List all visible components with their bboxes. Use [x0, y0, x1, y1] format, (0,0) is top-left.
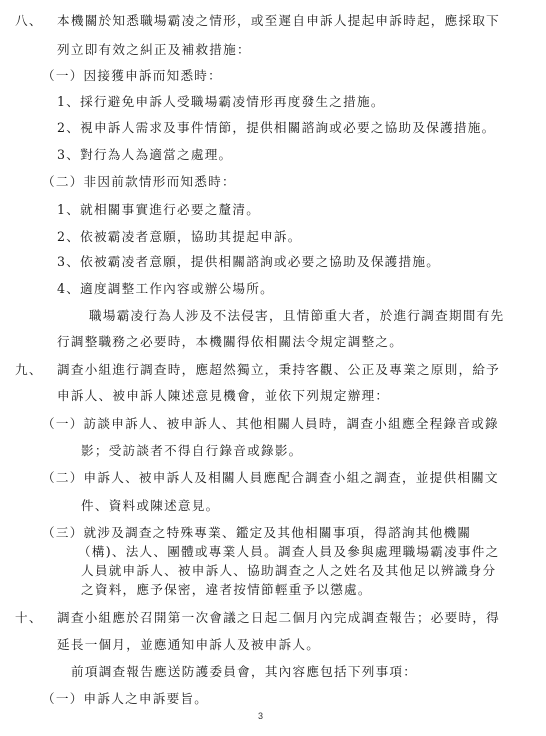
text-line: 影；受訪談者不得自行錄音或錄影。 — [81, 443, 303, 459]
text-line: （二）非因前款情形而知悉時： — [42, 174, 236, 190]
text-line: 2、視申訴人需求及事件情節，提供相關諮詢或必要之協助及保護措施。 — [57, 120, 495, 136]
text-line: （一）申訴人之申訴要旨。 — [42, 691, 208, 707]
text-line: 延長一個月，並應通知申訴人及被申訴人。 — [57, 637, 320, 653]
text-line: 人員就申訴人、被申訴人、協助調查之人之姓名及其他足以辨識身分 — [81, 563, 496, 579]
text-line: 4、適度調整工作內容或辦公場所。 — [57, 281, 274, 297]
text-line: 調查小組應於召開第一次會議之日起二個月內完成調查報告；必要時，得 — [57, 610, 500, 626]
text-line: 之資料，應予保密，違者按情節輕重予以懲處。 — [81, 582, 372, 598]
text-line: 2、依被霸凌者意願，協助其提起申訴。 — [57, 229, 302, 245]
text-line: （一）訪談申訴人、被申訴人、其他相關人員時，調查小組應全程錄音或錄 — [42, 416, 499, 432]
text-line: （構)、法人、團體或專業人員。調查人員及參與處理職場霸凌事件之 — [78, 544, 499, 560]
text-line: 本機關於知悉職場霸凌之情形，或至遲自申訴人提起申訴時起，應採取下 — [57, 13, 500, 29]
page-number: 3 — [258, 711, 263, 721]
text-line: 1、就相關事實進行必要之釐清。 — [57, 202, 260, 218]
text-line: 3、對行為人為適當之處理。 — [57, 147, 232, 163]
text-line: 九、 — [15, 362, 43, 378]
text-line: 3、依被霸凌者意願，提供相關諮詢或必要之協助及保護措施。 — [57, 254, 440, 270]
text-line: （一）因接獲申訴而知悉時： — [42, 68, 222, 84]
text-line: （三）就涉及調查之特殊專業、鑑定及其他相關事項，得諮詢其他機關 — [42, 525, 471, 541]
text-line: 1、採行避免申訴人受職場霸凌情形再度發生之措施。 — [57, 94, 385, 110]
text-line: 調查小組進行調查時，應超然獨立，秉持客觀、公正及專業之原則，給予 — [57, 362, 500, 378]
text-line: 列立即有效之糾正及補救措施： — [57, 42, 251, 58]
text-line: 件、資料或陳述意見。 — [81, 498, 219, 514]
text-line: 行調整職務之必要時，本機關得依相關法令規定調整之。 — [57, 334, 403, 350]
text-line: 十、 — [15, 610, 43, 626]
text-line: 職場霸凌行為人涉及不法侵害，且情節重大者，於進行調查期間有先 — [89, 308, 504, 324]
text-line: 申訴人、被申訴人陳述意見機會，並依下列規定辦理： — [57, 388, 389, 404]
text-line: 八、 — [15, 13, 43, 29]
text-line: 前項調查報告應送防護委員會，其內容應包括下列事項： — [71, 664, 417, 680]
text-line: （二）申訴人、被申訴人及相關人員應配合調查小組之調查，並提供相關文 — [42, 470, 499, 486]
